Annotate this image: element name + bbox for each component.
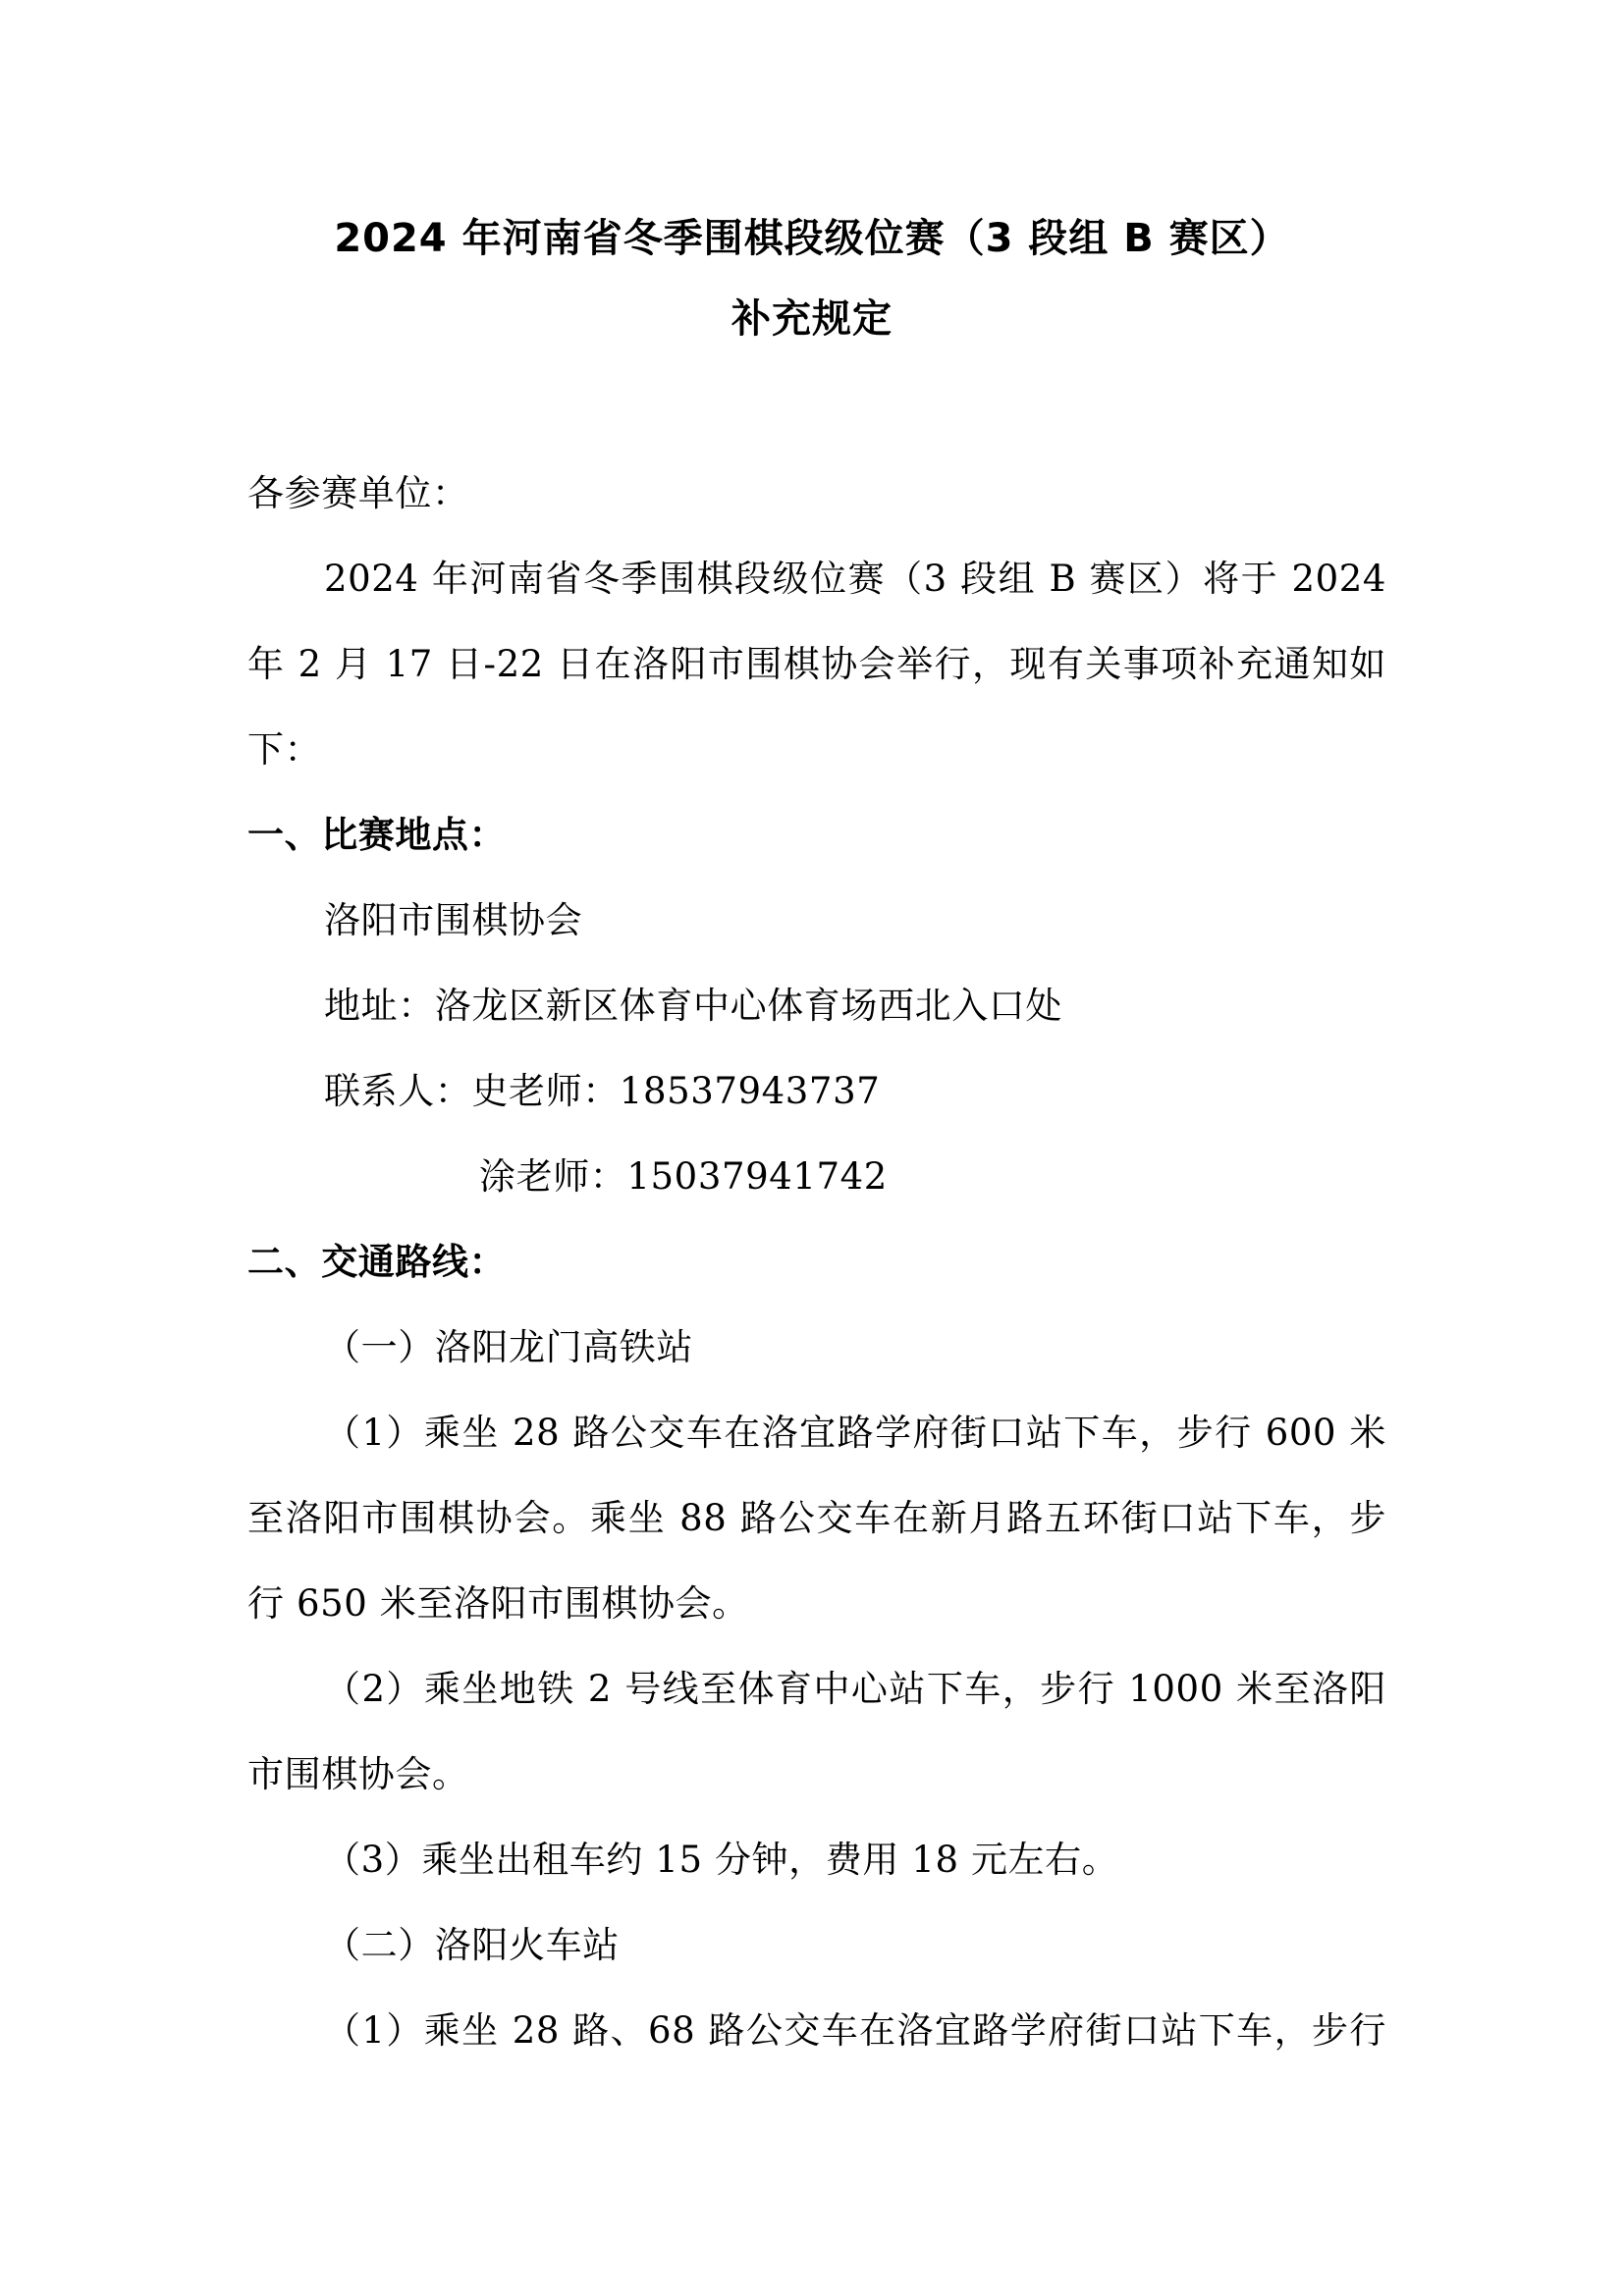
salutation: 各参赛单位：: [247, 469, 1386, 518]
hsr-item2-line2: 市围棋协会。: [247, 1750, 1386, 1799]
section-heading-venue: 一、比赛地点：: [247, 811, 1386, 860]
hsr-item1-line1: （1）乘坐 28 路公交车在洛宜路学府街口站下车，步行 600 米: [324, 1409, 1386, 1458]
hsr-item1-line2: 至洛阳市围棋协会。乘坐 88 路公交车在新月路五环街口站下车，步: [247, 1494, 1386, 1543]
hsr-item2-line1: （2）乘坐地铁 2 号线至体育中心站下车，步行 1000 米至洛阳: [324, 1665, 1386, 1714]
intro-line-2: 年 2 月 17 日-22 日在洛阳市围棋协会举行，现有关事项补充通知如: [247, 640, 1386, 689]
contact-primary: 联系人：史老师：18537943737: [324, 1067, 1463, 1116]
venue-name: 洛阳市围棋协会: [324, 896, 1463, 945]
hsr-item1-line3: 行 650 米至洛阳市围棋协会。: [247, 1579, 1386, 1629]
intro-line-1: 2024 年河南省冬季围棋段级位赛（3 段组 B 赛区）将于 2024: [324, 555, 1386, 604]
subsection-heading-train: （二）洛阳火车站: [324, 1921, 1463, 1970]
train-item1-line1: （1）乘坐 28 路、68 路公交车在洛宜路学府街口站下车，步行: [324, 2006, 1386, 2056]
document-subtitle: 补充规定: [0, 294, 1624, 344]
intro-line-3: 下：: [247, 725, 1386, 774]
hsr-item3: （3）乘坐出租车约 15 分钟，费用 18 元左右。: [324, 1836, 1463, 1885]
subsection-heading-hsr: （一）洛阳龙门高铁站: [324, 1323, 1463, 1372]
contact-secondary: 涂老师：15037941742: [479, 1152, 1618, 1201]
section-heading-transport: 二、交通路线：: [247, 1238, 1386, 1287]
document-page: 2024 年河南省冬季围棋段级位赛（3 段组 B 赛区） 补充规定 各参赛单位：…: [0, 0, 1624, 2296]
document-title: 2024 年河南省冬季围棋段级位赛（3 段组 B 赛区）: [0, 214, 1624, 263]
venue-address: 地址：洛龙区新区体育中心体育场西北入口处: [324, 982, 1463, 1031]
